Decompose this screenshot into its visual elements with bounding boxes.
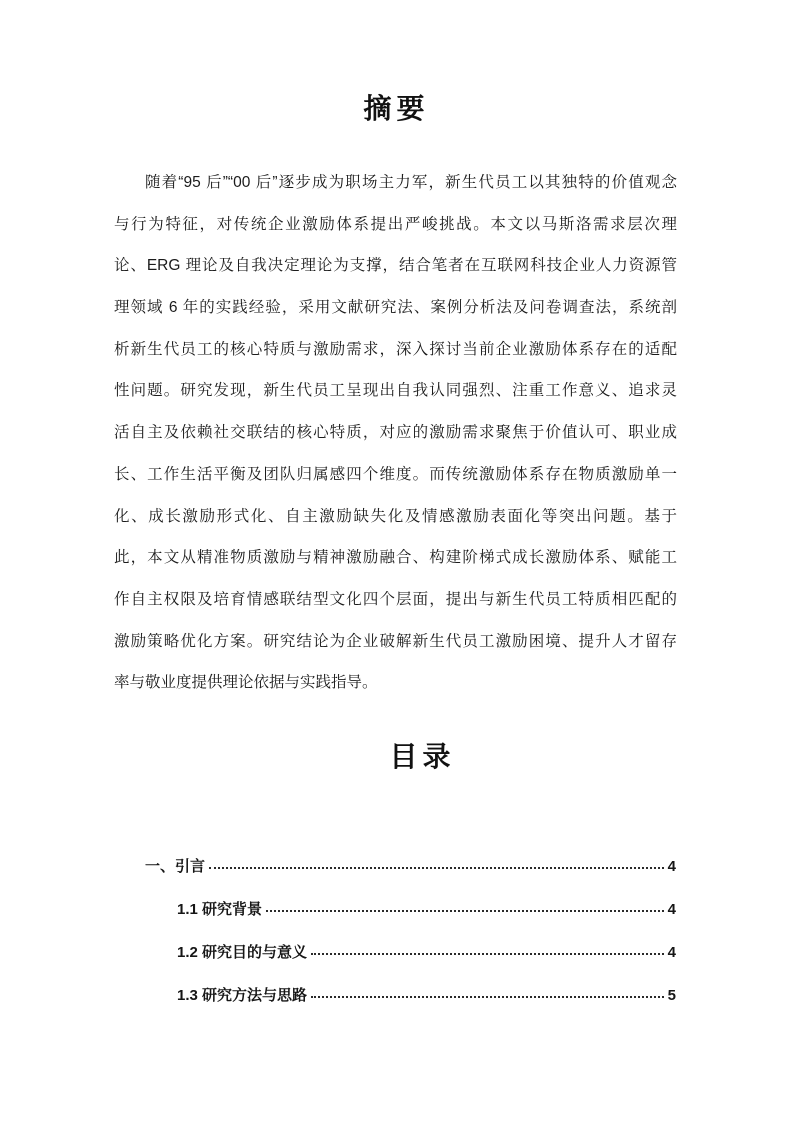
dot-leader (311, 953, 664, 955)
abstract-line: 理领域 6 年的实践经验，采用文献研究法、案例分析法及问卷调查法，系统剖 (114, 287, 677, 329)
abstract-line: 化、成长激励形式化、自主激励缺失化及情感激励表面化等突出问题。基于 (114, 496, 677, 538)
toc-entry-label: 1.2 研究目的与意义 (177, 931, 307, 974)
toc-entry: 1.2 研究目的与意义 4 (145, 931, 676, 974)
abstract-line: 作自主权限及培育情感联结型文化四个层面，提出与新生代员工特质相匹配的 (114, 579, 677, 621)
abstract-line: 此，本文从精准物质激励与精神激励融合、构建阶梯式成长激励体系、赋能工 (114, 537, 677, 579)
toc-list: 一、引言 4 1.1 研究背景 4 1.2 研究目的与意义 4 1.3 研究方法… (145, 845, 676, 1017)
toc-page-number: 4 (668, 931, 676, 974)
toc-page-number: 4 (668, 845, 676, 888)
dot-leader (209, 867, 664, 869)
document-page: 摘要 随着“95 后”“00 后”逐步成为职场主力军，新生代员工以其独特的价值观… (0, 0, 793, 1122)
toc-page-number: 4 (668, 888, 676, 931)
abstract-line: 性问题。研究发现，新生代员工呈现出自我认同强烈、注重工作意义、追求灵 (114, 370, 677, 412)
toc-title: 目录 (0, 740, 793, 774)
dot-leader (311, 996, 664, 998)
toc-entry-label: 1.1 研究背景 (177, 888, 262, 931)
abstract-title: 摘要 (0, 92, 793, 126)
dot-leader (266, 910, 664, 912)
abstract-line: 长、工作生活平衡及团队归属感四个维度。而传统激励体系存在物质激励单一 (114, 454, 677, 496)
toc-entry: 1.1 研究背景 4 (145, 888, 676, 931)
abstract-line: 论、ERG 理论及自我决定理论为支撑，结合笔者在互联网科技企业人力资源管 (114, 245, 677, 287)
toc-entry-label: 一、引言 (145, 845, 205, 888)
abstract-line: 率与敬业度提供理论依据与实践指导。 (114, 662, 677, 704)
abstract-paragraph: 随着“95 后”“00 后”逐步成为职场主力军，新生代员工以其独特的价值观念 与… (114, 162, 677, 704)
toc-page-number: 5 (668, 974, 676, 1017)
toc-entry-label: 1.3 研究方法与思路 (177, 974, 307, 1017)
abstract-line: 析新生代员工的核心特质与激励需求，深入探讨当前企业激励体系存在的适配 (114, 329, 677, 371)
abstract-line: 与行为特征，对传统企业激励体系提出严峻挑战。本文以马斯洛需求层次理 (114, 204, 677, 246)
abstract-line: 活自主及依赖社交联结的核心特质，对应的激励需求聚焦于价值认可、职业成 (114, 412, 677, 454)
toc-entry: 1.3 研究方法与思路 5 (145, 974, 676, 1017)
toc-entry: 一、引言 4 (145, 845, 676, 888)
abstract-line: 激励策略优化方案。研究结论为企业破解新生代员工激励困境、提升人才留存 (114, 621, 677, 663)
abstract-line: 随着“95 后”“00 后”逐步成为职场主力军，新生代员工以其独特的价值观念 (114, 162, 677, 204)
